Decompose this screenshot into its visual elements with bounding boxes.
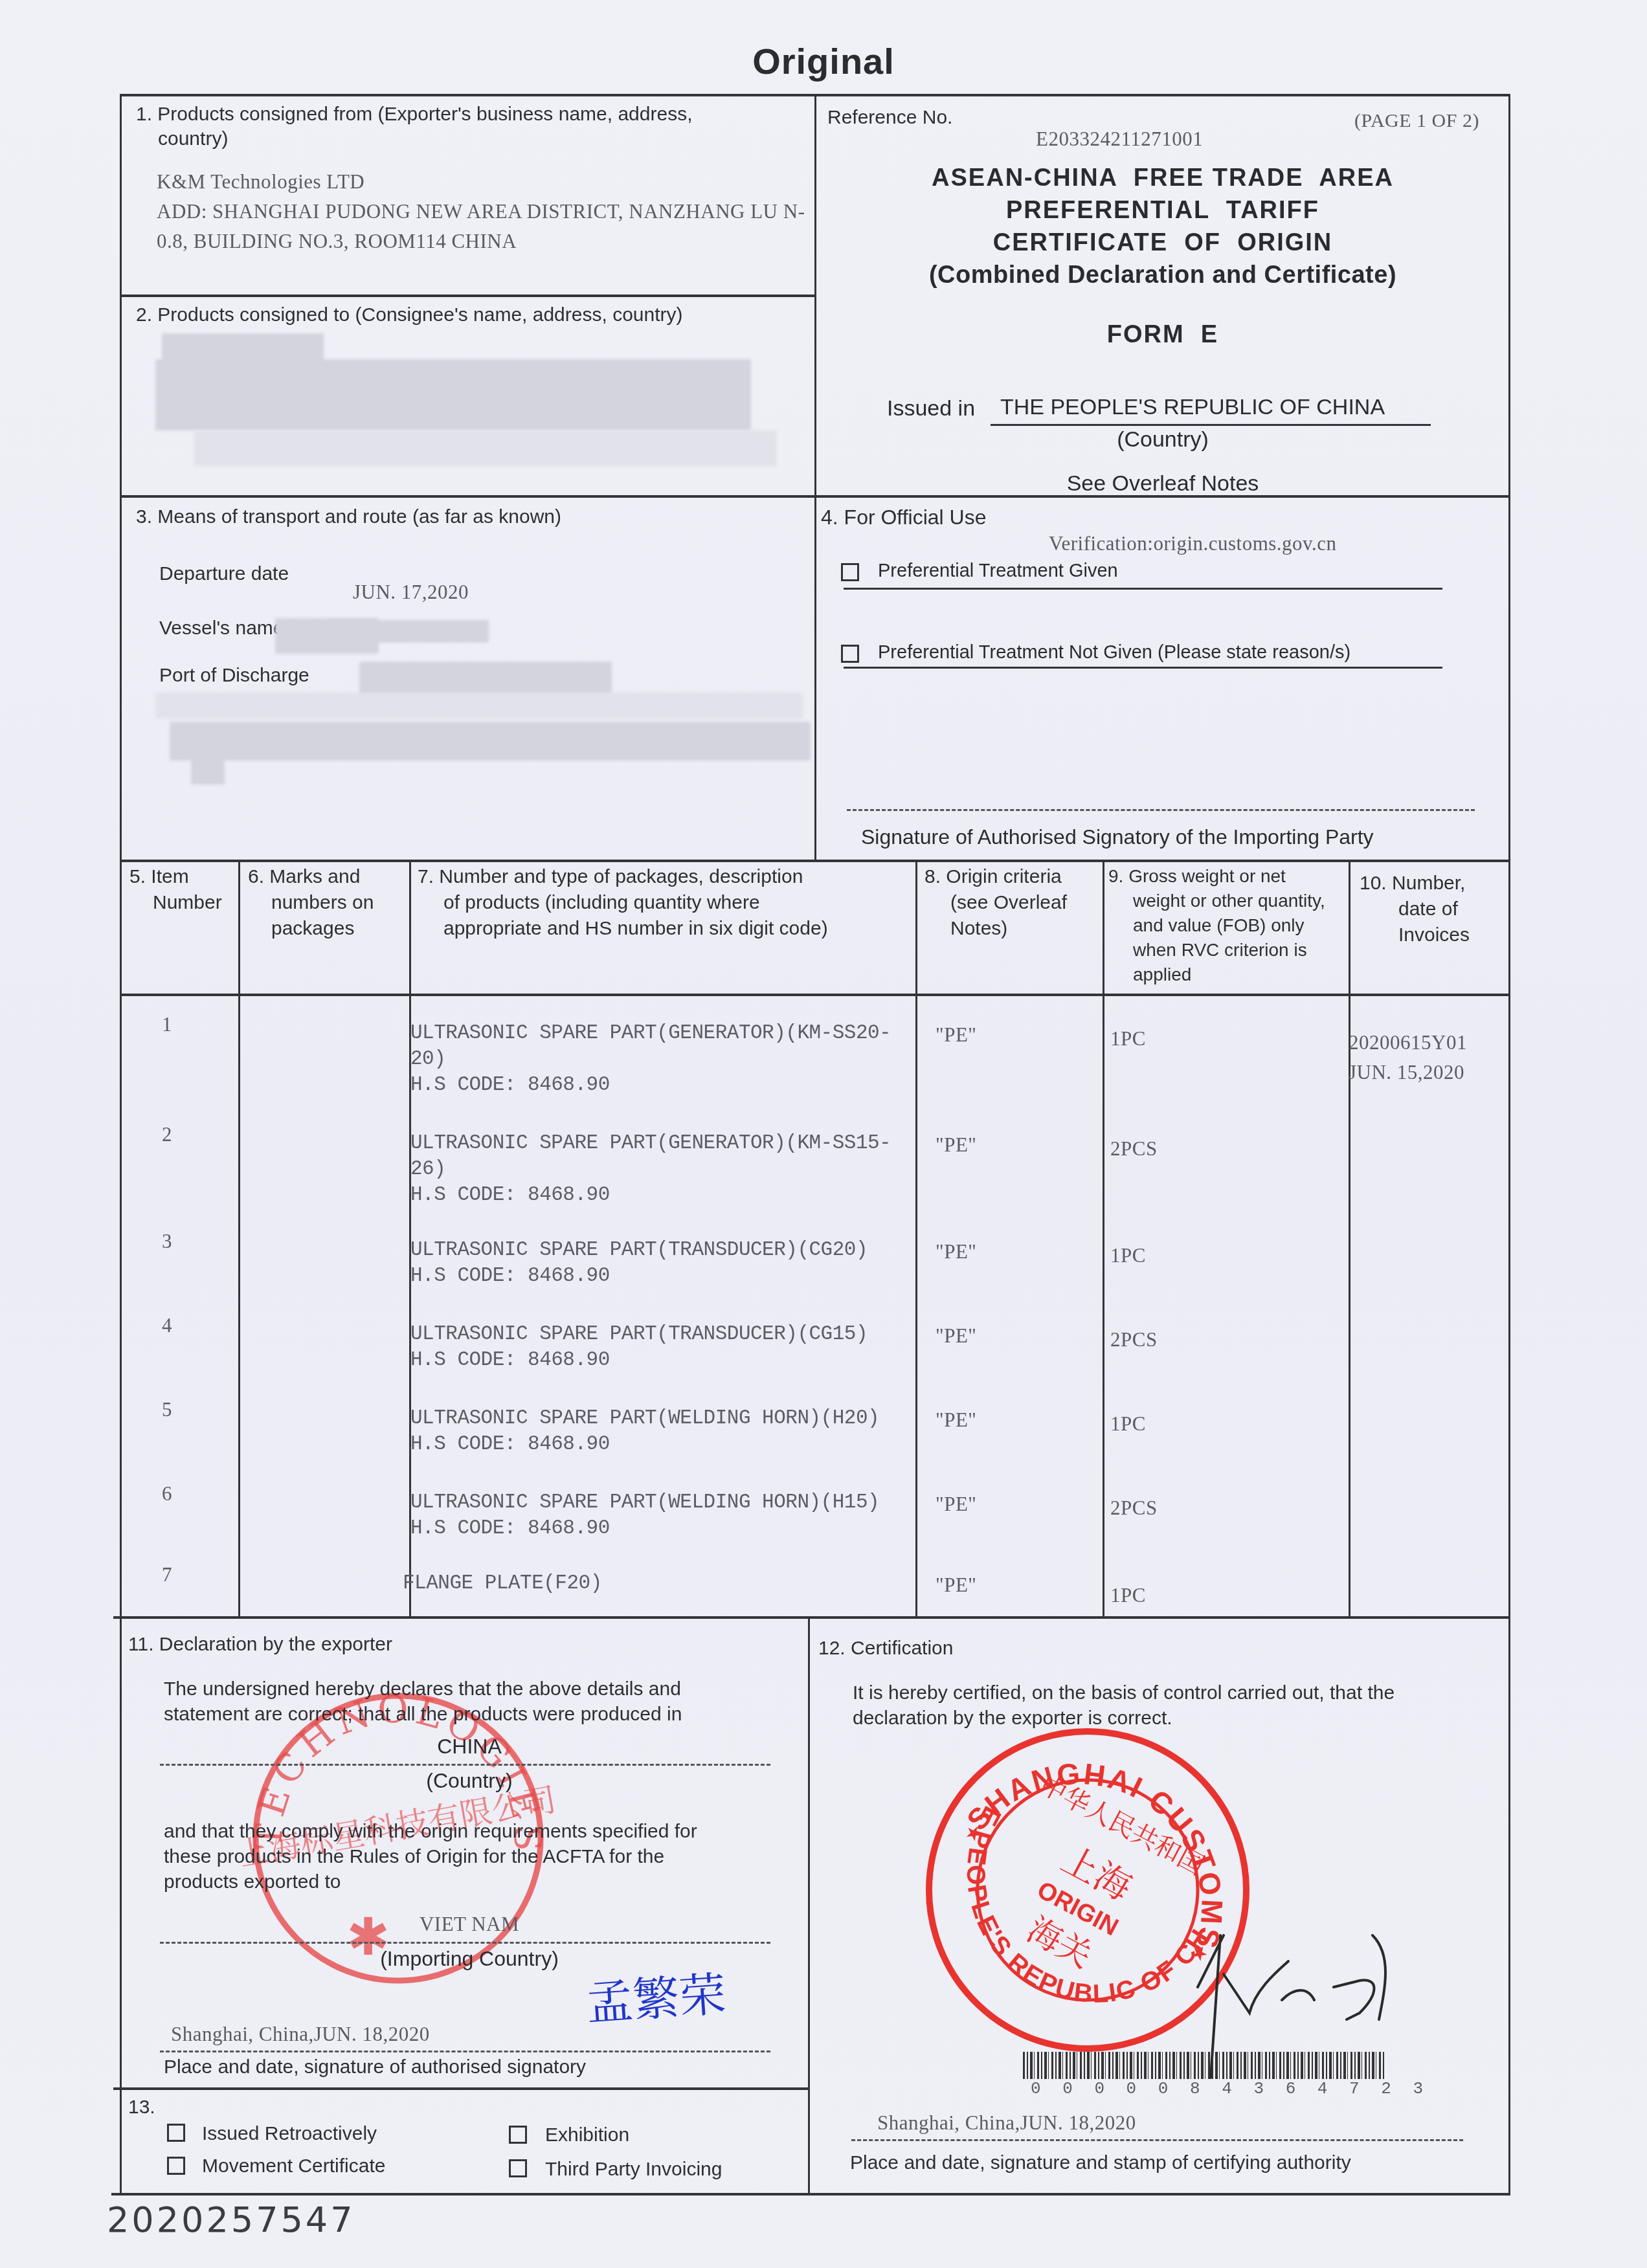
form-name: FORM E xyxy=(817,318,1508,351)
header-marks: 6. Marks and numbers on packages xyxy=(248,864,374,942)
col-divider-4 xyxy=(1103,860,1104,1617)
exporter-address-2: 0.8, BUILDING NO.3, ROOM114 CHINA xyxy=(157,227,805,256)
header-item-number: 5. Item Number xyxy=(129,864,222,916)
option-issued-retroactively: Issued Retroactively xyxy=(202,2122,377,2146)
importing-country: VIET NAM xyxy=(162,1913,777,1936)
checkbox-exhibition[interactable] xyxy=(509,2126,527,2144)
origin-criterion: "PE" xyxy=(936,1493,977,1516)
item-number: 6 xyxy=(162,1482,172,1506)
divider-box11-box12 xyxy=(808,1616,810,2194)
item-description: ULTRASONIC SPARE PART(TRANSDUCER)(CG15)H… xyxy=(410,1322,868,1373)
header-invoices: 10. Number, date of Invoices xyxy=(1360,871,1470,948)
box12-label: 12. Certification xyxy=(818,1636,953,1661)
item-description: ULTRASONIC SPARE PART(GENERATOR)(KM-SS20… xyxy=(410,1021,891,1098)
importer-signature-caption: Signature of Authorised Signatory of the… xyxy=(861,825,1374,849)
item-description: ULTRASONIC SPARE PART(WELDING HORN)(H15)… xyxy=(410,1490,879,1542)
item-number: 4 xyxy=(162,1314,172,1337)
port-label: Port of Discharge xyxy=(159,663,309,688)
item-description: ULTRASONIC SPARE PART(TRANSDUCER)(CG20)H… xyxy=(410,1238,868,1289)
verification-url: Verification:origin.customs.gov.cn xyxy=(1049,532,1337,555)
treatment-given-label: Preferential Treatment Given xyxy=(878,561,1118,582)
box3-label: 3. Means of transport and route (as far … xyxy=(136,505,561,529)
barcode-digits: 0 0 0 0 0 8 4 3 6 4 7 2 3 xyxy=(1031,2079,1429,2098)
box4-label: 4. For Official Use xyxy=(821,505,986,529)
document-title: Original xyxy=(0,40,1647,82)
option-movement-certificate: Movement Certificate xyxy=(202,2154,385,2179)
exporter-signature-caption: Place and date, signature of authorised … xyxy=(164,2055,586,2080)
item-quantity: 2PCS xyxy=(1110,1496,1158,1520)
invoice-number: 20200615Y01 xyxy=(1349,1028,1467,1058)
divider-table-top xyxy=(120,860,1510,862)
item-number: 5 xyxy=(162,1398,172,1421)
page-indicator: (PAGE 1 OF 2) xyxy=(1354,110,1479,132)
exporter-handwritten-signature: 孟繁荣 xyxy=(584,1957,728,2034)
option-third-party-invoicing: Third Party Invoicing xyxy=(545,2157,722,2182)
document-serial-number: 2020257547 xyxy=(107,2199,355,2240)
divider-top-sections xyxy=(814,94,816,861)
header-description: 7. Number and type of packages, descript… xyxy=(418,864,828,942)
border-right xyxy=(1508,94,1510,2194)
invoice-date: JUN. 15,2020 xyxy=(1349,1058,1467,1087)
treatment-not-given-label: Preferential Treatment Not Given (Please… xyxy=(878,642,1350,663)
departure-label: Departure date xyxy=(159,562,289,586)
issued-in-underline xyxy=(991,424,1431,426)
box1-label: 1. Products consigned from (Exporter's b… xyxy=(136,102,692,151)
origin-criterion: "PE" xyxy=(936,1133,977,1157)
item-description: ULTRASONIC SPARE PART(WELDING HORN)(H20)… xyxy=(410,1406,879,1458)
divider-box1-box2 xyxy=(120,295,816,297)
reference-label: Reference No. xyxy=(827,106,952,130)
checkbox-treatment-given[interactable] xyxy=(841,563,859,581)
certificate-heading: ASEAN-CHINA FREE TRADE AREA PREFERENTIAL… xyxy=(817,162,1508,351)
origin-criterion: "PE" xyxy=(936,1573,977,1597)
item-quantity: 2PCS xyxy=(1110,1137,1158,1161)
border-bottom xyxy=(111,2193,1510,2196)
overleaf-note: See Overleaf Notes xyxy=(817,471,1508,496)
origin-criterion: "PE" xyxy=(936,1324,977,1348)
checkbox-treatment-not-given[interactable] xyxy=(841,645,859,663)
col-divider-3 xyxy=(915,860,917,1617)
box2-label: 2. Products consigned to (Consignee's na… xyxy=(136,303,683,328)
origin-criterion: "PE" xyxy=(936,1023,977,1047)
item-quantity: 1PC xyxy=(1110,1244,1146,1267)
certifier-place-date: Shanghai, China,JUN. 18,2020 xyxy=(877,2111,1136,2135)
declaration-text-2: and that they comply with the origin req… xyxy=(164,1819,697,1895)
header-origin-criteria: 8. Origin criteria (see Overleaf Notes) xyxy=(924,864,1067,942)
exporter-name: K&M Technologies LTD xyxy=(157,167,805,197)
certifier-signature-caption: Place and date, signature and stamp of c… xyxy=(850,2151,1351,2175)
origin-criterion: "PE" xyxy=(936,1408,977,1432)
divider-box13 xyxy=(113,2087,809,2090)
checkbox-third-party-invoicing[interactable] xyxy=(509,2159,527,2177)
box13-label: 13. xyxy=(128,2095,155,2120)
checkbox-issued-retroactively[interactable] xyxy=(167,2124,185,2142)
item-quantity: 1PC xyxy=(1110,1027,1146,1051)
item-quantity: 1PC xyxy=(1110,1584,1146,1607)
issued-in-country: THE PEOPLE'S REPUBLIC OF CHINA xyxy=(1000,395,1385,420)
origin-country-caption: (Country) xyxy=(162,1769,777,1793)
item-number: 1 xyxy=(162,1013,172,1036)
reference-number: E203324211271001 xyxy=(1036,128,1203,151)
certificate-page: Original 1. Products consigned from (Exp… xyxy=(0,0,1647,2268)
col-divider-5 xyxy=(1349,860,1350,1617)
checkbox-movement-certificate[interactable] xyxy=(167,2157,185,2175)
item-quantity: 1PC xyxy=(1110,1412,1146,1436)
origin-country: CHINA xyxy=(162,1735,777,1759)
divider-table-bottom xyxy=(113,1616,1510,1619)
consignee-redacted xyxy=(142,333,809,469)
item-number: 3 xyxy=(162,1230,172,1253)
box11-label: 11. Declaration by the exporter xyxy=(128,1632,392,1657)
item-description: ULTRASONIC SPARE PART(GENERATOR)(KM-SS15… xyxy=(410,1131,891,1208)
item-quantity: 2PCS xyxy=(1110,1328,1158,1351)
origin-criterion: "PE" xyxy=(936,1240,977,1263)
declaration-text-1: The undersigned hereby declares that the… xyxy=(164,1676,682,1727)
exporter-details: K&M Technologies LTD ADD: SHANGHAI PUDON… xyxy=(157,167,805,256)
exporter-address-1: ADD: SHANGHAI PUDONG NEW AREA DISTRICT, … xyxy=(157,197,805,227)
certificate-barcode xyxy=(1023,2052,1385,2079)
issued-in-label: Issued in xyxy=(887,396,975,421)
item-number: 2 xyxy=(162,1123,172,1146)
departure-date: JUN. 17,2020 xyxy=(353,581,469,604)
border-left xyxy=(120,94,122,2194)
header-weight: 9. Gross weight or net weight or other q… xyxy=(1108,864,1325,987)
route-redacted xyxy=(170,722,811,761)
country-caption: (Country) xyxy=(817,427,1508,452)
divider-table-header xyxy=(120,994,1510,996)
option-exhibition: Exhibition xyxy=(545,2123,629,2148)
exporter-place-date: Shanghai, China,JUN. 18,2020 xyxy=(171,2023,430,2046)
invoice-info: 20200615Y01 JUN. 15,2020 xyxy=(1349,1028,1467,1087)
item-number: 7 xyxy=(162,1563,172,1586)
col-divider-1 xyxy=(238,860,240,1617)
item-description: FLANGE PLATE(F20) xyxy=(403,1571,602,1597)
